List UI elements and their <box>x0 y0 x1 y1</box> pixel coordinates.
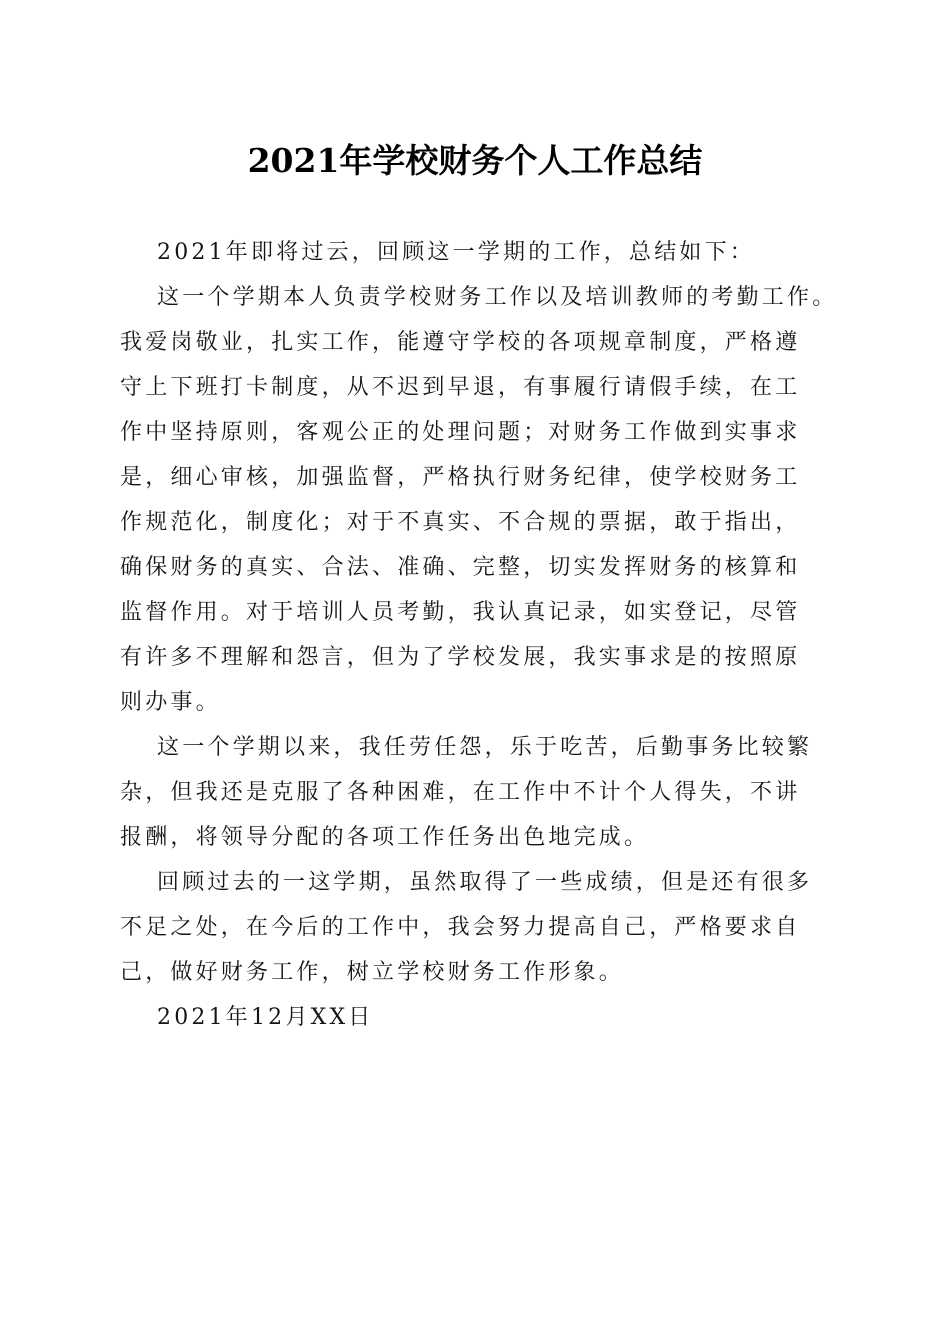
text-line: 这一个学期本人负责学校财务工作以及培训教师的考勤工作。 <box>120 275 830 320</box>
document-body: 2021年即将过云，回顾这一学期的工作，总结如下： 这一个学期本人负责学校财务工… <box>120 230 830 1040</box>
paragraph-intro: 2021年即将过云，回顾这一学期的工作，总结如下： <box>120 230 830 275</box>
text-line: 是，细心审核，加强监督，严格执行财务纪律，使学校财务工 <box>120 455 830 500</box>
text-line: 不足之处，在今后的工作中，我会努力提高自己，严格要求自 <box>120 905 830 950</box>
text-line: 这一个学期以来，我任劳任怨，乐于吃苦，后勤事务比较繁 <box>120 725 830 770</box>
paragraph-attitude: 这一个学期以来，我任劳任怨，乐于吃苦，后勤事务比较繁 杂，但我还是克服了各种困难… <box>120 725 830 860</box>
text-line: 作规范化，制度化；对于不真实、不合规的票据，敢于指出， <box>120 500 830 545</box>
text-line: 己，做好财务工作，树立学校财务工作形象。 <box>120 950 830 995</box>
text-line: 杂，但我还是克服了各种困难，在工作中不计个人得失，不讲 <box>120 770 830 815</box>
text-line: 我爱岗敬业，扎实工作，能遵守学校的各项规章制度，严格遵 <box>120 320 830 365</box>
text-line: 回顾过去的一这学期，虽然取得了一些成绩，但是还有很多 <box>120 860 830 905</box>
text-line: 报酬，将领导分配的各项工作任务出色地完成。 <box>120 815 830 860</box>
paragraph-date: 2021年12月XX日 <box>120 995 830 1040</box>
text-line: 有许多不理解和怨言，但为了学校发展，我实事求是的按照原 <box>120 635 830 680</box>
paragraph-duties: 这一个学期本人负责学校财务工作以及培训教师的考勤工作。 我爱岗敬业，扎实工作，能… <box>120 275 830 725</box>
text-line: 守上下班打卡制度，从不迟到早退，有事履行请假手续，在工 <box>120 365 830 410</box>
text-line: 监督作用。对于培训人员考勤，我认真记录，如实登记，尽管 <box>120 590 830 635</box>
text-line: 则办事。 <box>120 680 830 725</box>
text-line: 2021年即将过云，回顾这一学期的工作，总结如下： <box>120 230 830 275</box>
document-date: 2021年12月XX日 <box>120 995 830 1040</box>
document-title: 2021年学校财务个人工作总结 <box>0 138 950 184</box>
text-line: 作中坚持原则，客观公正的处理问题；对财务工作做到实事求 <box>120 410 830 455</box>
paragraph-reflection: 回顾过去的一这学期，虽然取得了一些成绩，但是还有很多 不足之处，在今后的工作中，… <box>120 860 830 995</box>
text-line: 确保财务的真实、合法、准确、完整，切实发挥财务的核算和 <box>120 545 830 590</box>
document-page: 2021年学校财务个人工作总结 2021年即将过云，回顾这一学期的工作，总结如下… <box>0 0 950 1344</box>
